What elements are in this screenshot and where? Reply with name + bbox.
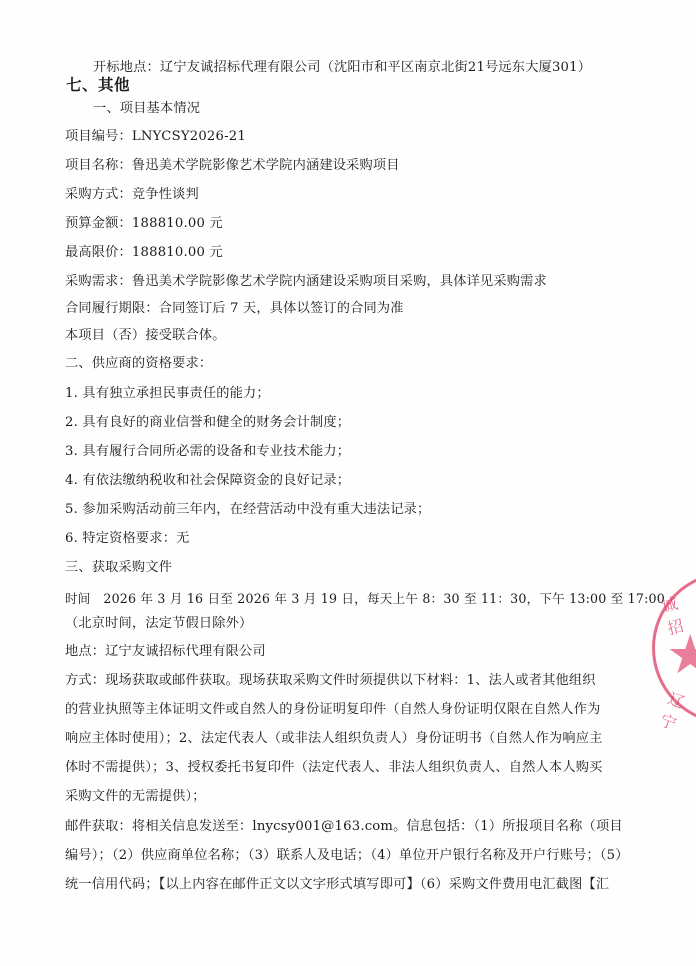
subsection-title-qualifications: 二、供应商的资格要求： (65, 355, 567, 373)
stamp-text-bottom: 辽宁 (657, 686, 696, 740)
obtain-time-note: （北京时间，法定节假日除外） (65, 615, 567, 633)
email-obtain-line: 统一信用代码；【以上内容在邮件正文以文字形式填写即可】（6）采购文件费用电汇截图… (65, 876, 567, 894)
qualification-item: 1. 具有独立承担民事责任的能力； (65, 385, 567, 403)
obtain-time: 时间 2026 年 3 月 16 日至 2026 年 3 月 19 日，每天上午… (65, 590, 567, 608)
max-price: 最高限价：188810.00 元 (65, 244, 567, 262)
consortium-note: 本项目（否）接受联合体。 (65, 327, 567, 345)
obtain-location: 地点：辽宁友诚招标代理有限公司 (65, 643, 567, 661)
project-name: 项目名称：鲁迅美术学院影像艺术学院内涵建设采购项目 (65, 157, 567, 175)
obtain-method-line: 响应主体时使用）；2、法定代表人（或非法人组织负责人）身份证明书（自然人作为响应… (65, 730, 567, 748)
subsection-title-basic: 一、项目基本情况 (93, 100, 567, 118)
contract-period: 合同履行期限：合同签订后 7 天，具体以签订的合同为准 (65, 300, 567, 318)
obtain-method-line: 采购文件的无需提供）； (65, 788, 567, 806)
email-obtain-line: 编号）；（2）供应商单位名称；（3）联系人及电话；（4）单位开户银行名称及开户行… (65, 847, 567, 865)
qualification-item: 5. 参加采购活动前三年内，在经营活动中没有重大违法记录； (65, 501, 567, 519)
obtain-method-line: 的营业执照等主体证明文件或自然人的身份证明复印件（自然人身份证明仅限在自然人作为 (65, 701, 567, 719)
procurement-method: 采购方式：竞争性谈判 (65, 186, 567, 204)
qualification-item: 6. 特定资格要求：无 (65, 530, 567, 548)
qualification-item: 2. 具有良好的商业信誉和健全的财务会计制度； (65, 414, 567, 432)
obtain-method-line: 方式：现场获取或邮件获取。现场获取采购文件时须提供以下材料：1、法人或者其他组织 (65, 672, 567, 690)
procurement-requirement: 采购需求：鲁迅美术学院影像艺术学院内涵建设采购项目采购，具体详见采购需求 (65, 273, 567, 291)
document-page: 开标地点：辽宁友诚招标代理有限公司（沈阳市和平区南京北街21号远东大厦301） … (0, 0, 696, 966)
email-obtain-line: 邮件获取：将相关信息发送至：lnycsy001@163.com。信息包括：（1）… (65, 818, 567, 836)
obtain-method-line: 体时不需提供）；3、授权委托书复印件（法定代表人、非法人组织负责人、自然人本人购… (65, 759, 567, 777)
budget-amount: 预算金额：188810.00 元 (65, 215, 567, 233)
opening-location: 开标地点：辽宁友诚招标代理有限公司（沈阳市和平区南京北街21号远东大厦301） (93, 59, 567, 77)
subsection-title-obtain: 三、获取采购文件 (65, 559, 567, 577)
project-number: 项目编号：LNYCSY2026-21 (65, 128, 567, 146)
section-heading: 七、其他 (66, 76, 568, 94)
star-icon: ★ (666, 628, 696, 682)
qualification-item: 4. 有依法缴纳税收和社会保障资金的良好记录； (65, 472, 567, 490)
qualification-item: 3. 具有履行合同所必需的设备和专业技术能力； (65, 443, 567, 461)
